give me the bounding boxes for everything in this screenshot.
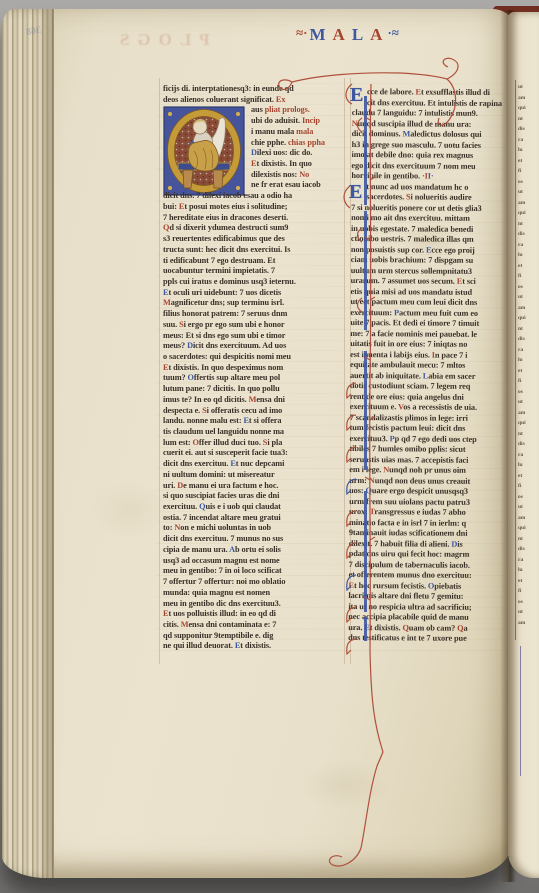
text-segment: t exsufflastis illud di [421,87,490,96]
edge-text-line: dis [518,334,538,345]
text-segment: uocabuntur termini impietatis. 7 [163,266,275,275]
edge-text-line: am [518,513,538,524]
text-segment: ubi do aduisit. [251,116,302,125]
text-segment: meus: Et si dns ego sum ubi e timor [163,331,285,340]
text-segment: tum fecistis pactum leui: dicit dns [350,423,466,433]
text-segment: exercituum e. [350,402,398,411]
edge-text-line: dis [518,544,538,555]
text-line: deos alienos coluerant significat. Ex [163,95,343,106]
text-line: uocabuntur termini impietatis. 7 [163,266,343,277]
text-segment: dns testificatus e int te 7 uxore pue [348,633,467,643]
text-segment: ensa dni contaminata e: 7 [188,620,276,629]
text-segment: rent de ore eius: quia angelus dni [350,391,464,401]
text-segment: dotis custodiunt sciam. 7 legem req [350,381,470,391]
edge-text-line: qui [518,418,538,429]
text-line: qd supponitur 9temptibile e. dig [163,631,343,642]
versal-initial-ecce: E [350,85,363,105]
running-title-letter: A [368,25,387,44]
text-segment: t dixistis. In quo despeximus nom [168,363,283,372]
text-line: Qd si dixerit ydumea destructi sum9 [163,223,343,234]
text-segment: tuum? [163,373,188,382]
text-segment: Ex [276,95,285,104]
text-segment: meu in gentibo dic dns exercituu3. [163,599,281,608]
edge-text-line: lu [518,355,538,366]
edge-text-line: os [518,282,538,293]
text-segment: equitate ambulauit mecu: 7 mltos [350,360,465,370]
text-segment: exercituum: [350,307,394,316]
text-segment: uitatis fuit in ore eius: 7 iniqtas no [350,339,467,349]
text-line: dicit dns exercituu. 7 munus no sus [163,534,343,545]
text-segment: citis. [163,620,181,629]
edge-text-line: lu [518,250,538,261]
text-segment: t dixistis. [370,623,403,632]
edge-text-line: ut [518,607,538,618]
text-line: meu in gentibo: 7 in oi loco scificat [163,566,343,577]
text-segment: t uos polluistis illud: in eo qd di [168,609,275,618]
text-segment: despecta e. [163,406,202,415]
ruling-vertical-line [344,78,345,664]
text-segment: deos alienos coluerant significat. [163,95,276,104]
text-segment: 7 hereditate eius in dracones deserti. [163,213,288,222]
text-segment: uare ergo despicit unusqsq3 [372,486,468,496]
text-line: ti edificabunt 7 ego destruam. Et [163,256,343,267]
text-segment: No [299,170,309,179]
text-segment: exercituu3. [350,433,390,442]
manuscript-photo: PLOGS 368 ≈·MALA·≈ ficijs di. int [0,0,539,893]
text-line: Et uos polluistis illud: in eo qd di [163,609,343,620]
text-segment: urarum. 7 assumet uos secum. [351,276,457,286]
text-segment: ilexi uos: dic do. [257,148,312,157]
text-segment: 7 offertur 7 offertur: noi mo oblatio [163,577,285,586]
text-segment: M [163,298,171,307]
text-segment: ensa dni [256,395,284,404]
edge-text-line: et [518,366,538,377]
text-line: aus pliat prologs. [163,105,343,116]
text-segment: ti edificabunt 7 ego destruam. Et [163,256,275,265]
text-line: meus? Dicit dns exercituum. Ad uos [163,341,343,352]
text-segment: et offerentem munus dno exercituu: [349,570,472,580]
text-segment: o sacerdotes: qui despicitis nomi meu [163,352,291,361]
text-segment: i offeratis cecu ad imo [207,406,283,415]
running-title-mala: ≈·MALA·≈ [296,25,399,45]
text-segment: cuerit ei. aut si susceperit facie tua3: [163,448,288,457]
text-segment: ne qui illud deuorat. [163,641,235,650]
text-line: lutum pane: 7 dicitis. In quo pollu [163,384,343,395]
text-segment: dicit dns. 7 dilexi iacob esau a odio ha [163,191,292,200]
text-segment: cipia de manu ura. [163,545,229,554]
text-segment: i manu mala [251,127,296,136]
text-segment: munda: quia magnu est nomen [163,588,270,597]
text-line: Et oculi uri uidebunt: 7 uos dicetis [163,288,343,299]
text-segment: n pace 7 i [435,350,467,359]
text-line: 7 hereditate eius in dracones deserti. [163,213,343,224]
text-segment: agnificetur dns; sup terminu isrl. [171,298,284,307]
text-segment: t posui motes eius i solitudine; [184,202,287,211]
text-segment: t dixistis. In quo [256,159,311,168]
text-segment: os a recessistis de uia. [403,402,477,412]
edge-text-line: ut [518,502,538,513]
edge-text-line: qui [518,523,538,534]
text-segment: dilexistis nos: [251,170,299,179]
text-segment: bui: [163,202,179,211]
next-page-purple-penwork [520,646,521,776]
edge-text-line: qui [518,313,538,324]
text-segment: sacerdotes. [366,192,406,201]
text-segment: est inuenta i labijs eius. [350,349,432,359]
text-line: despecta e. Si offeratis cecu ad imo [163,406,343,417]
text-segment: t nunc ad uos mandatum hc o [366,182,468,192]
text-segment: 9taminauit iudas scificationem dni [349,528,468,538]
edge-text-line: et [518,261,538,272]
text-line: tructa sunt: hec dicit dns exercitui. Is [163,245,343,256]
text-line: cuerit ei. aut si susceperit facie tua3: [163,448,343,459]
text-segment: M [402,129,410,138]
text-segment: 7 scandalizastis plimos in lege: irri [350,412,468,422]
text-segment: pliat prologs. [265,105,310,114]
text-segment: dicit dominus. [352,129,403,138]
text-column-left: ficijs di. interptationesq3: in eunde qd… [163,84,343,652]
text-segment: ciam uobis brachium: 7 dispgam su [351,255,473,265]
text-segment: minatio facta e in isrl 7 in ierlm: q [349,517,466,527]
text-line: Et dixistis. In quo [163,159,343,170]
text-segment: p qd 7 ego dedi uos ctep [395,434,477,444]
text-line: ni uultum domini: ut misereatur [163,470,343,481]
text-line: dicit dns. 7 dilexi iacob esau a odio ha [163,191,343,202]
text-segment: mala [296,127,313,136]
text-line: ubi do aduisit. Incip [163,116,343,127]
text-line: to: Non e michi uoluntas in uob [163,523,343,534]
text-segment: uultum urm stercus sollempnitatu3 [351,265,472,275]
text-segment: ffer illud duci tuo. [199,438,263,447]
text-segment: filius honorat patrem: 7 seruus dnm [163,309,287,318]
text-line: si quo suscipiat facies uras die dni [163,491,343,502]
text-segment: b ortu ei solis [235,545,281,554]
text-line: lum est: Offer illud duci tuo. Si pla [163,438,343,449]
text-segment: dilexit. 7 habuit filia di alieni. [349,538,452,548]
text-segment: tis claudum uel languidu nonne ma [163,427,284,436]
running-title-letter: L [350,25,368,44]
text-segment: landu. nonne malu est: [163,416,243,425]
text-line: meu in gentibo dic dns exercituu3. [163,599,343,610]
text-segment: I· [428,172,434,181]
text-line: suu. Si ergo pr ego sum ubi e honor [163,320,343,331]
edge-text-line: dis [518,229,538,240]
text-segment: unqd noh pr unus oim [389,465,466,475]
text-segment: to: [163,523,174,532]
text-segment: ut eet pactum meu cum leui dicit dns [350,297,477,307]
text-segment: ppls cui iratus e dominus usq3 ieternu. [163,277,296,286]
edge-text-line: nt [518,534,538,545]
text-segment: abia em sacer [428,371,475,380]
edge-text-line: am [518,618,538,629]
text-segment: cce de labore. [367,87,416,96]
text-line: Dilexi uos: dic do. [163,148,343,159]
text-segment: ransgressus e iudas 7 abho [374,507,465,517]
text-segment: t dixistis. [240,641,271,650]
text-segment: claudu 7 languidu: 7 intulistis mun9. [352,108,478,118]
edge-text-line: am [518,93,538,104]
edge-text-line: ra [518,555,538,566]
text-segment: is [457,539,462,548]
text-segment: tibiles 7 humles omibo pplis: sicut [349,444,465,454]
text-segment: uam ob cam? [409,623,457,632]
text-segment: on e michi uoluntas in uob [180,523,271,532]
edge-text-line: lu [518,565,538,576]
text-segment: urm frem suu uiolans pactu patru3 [349,496,470,506]
text-segment: d si dixerit ydumea destructi sum9 [169,223,288,232]
text-segment: ura. [348,622,364,631]
text-segment: uis e i uob qui claudat [205,502,280,511]
text-line: dicit dns exercituu. Et nuc depcami [163,459,343,470]
text-segment: ostia. 7 incendat altare meu gratui [163,513,281,522]
text-segment: non posuistis sup cor. [351,244,426,254]
text-column-right: cce de labore. Et exsufflastis illud dic… [348,87,513,645]
header-flourish-right: ·≈ [387,25,398,40]
text-segment: imolat debile dno: quia rex magnus [351,150,473,160]
text-segment: ita ut no respicia ultra ad sacrificiu; [348,601,471,611]
text-segment: unqd suscipia illud de manu ura: [358,119,472,129]
text-segment: horribile in gentibo. [351,171,422,180]
text-segment: qd supponitur 9temptibile e. dig [163,631,273,640]
text-line: tuum? Offertis sup altare meu pol [163,373,343,384]
running-title-letter: M [307,25,330,44]
text-segment: me: 7 a facie nominis mei pauebat. le [350,328,477,338]
text-line: Magnificetur dns; sup terminu isrl. [163,298,343,309]
text-segment: chias ppha [288,138,325,147]
edge-text-line: lu [518,460,538,471]
text-line: munda: quia magnu est nomen [163,588,343,599]
edge-text-line: fi [518,481,538,492]
text-segment: 7 si nolueritis ponere cor ut detis glia… [351,202,481,212]
text-segment: i nolueritis audire [411,192,472,201]
text-segment: unqd non deus unus creauit [375,476,471,486]
next-page-edge: utamquintdisraluetfiosutamquintdisraluet… [508,12,539,878]
text-line: exercituu. Quis e i uob qui claudat [163,502,343,513]
header-flourish-left: ≈· [296,25,307,40]
text-segment: uri. [163,481,177,490]
text-segment: h3 in grege suo masculu. 7 uotu facies [352,139,481,149]
edge-text-line: qui [518,103,538,114]
edge-text-line: ra [518,450,538,461]
text-segment: t oculi uri uidebunt: 7 uos dicetis [168,288,281,297]
text-segment: piebatis [434,581,461,590]
edge-text-line: fi [518,166,538,177]
versal-initial-chapter2: E [349,182,362,202]
text-segment: auertit ab iniquitate. [350,370,423,380]
text-segment: actum meu fuit cum eo [399,308,478,318]
text-segment: Incip [302,116,320,125]
edge-text-line: fi [518,586,538,597]
edge-text-line: ra [518,345,538,356]
text-segment: dicit dns exercituu. 7 munus no sus [163,534,283,543]
text-line: dilexistis nos: No [163,170,343,181]
text-segment: cce ego proij [431,245,474,254]
text-line: citis. Mensa dni contaminata e: 7 [163,620,343,631]
edge-text-line: am [518,198,538,209]
next-page-red-rule [515,80,516,640]
text-line: dns testificatus e int te 7 uxore pue [348,633,509,645]
text-line: ne fr erat esau iacob [163,180,343,191]
edge-text-line: ut [518,397,538,408]
text-segment: t hoc rursum fecistis. [354,581,428,591]
text-segment: ficijs di. interptationesq3: in eunde qd [163,84,294,93]
text-segment: s3 reuertentes edificabimus que des [163,234,285,243]
text-segment: usq3 ad occasum magnu est nome [163,556,280,565]
text-segment: lum est: [163,438,193,447]
text-segment: lutum pane: 7 dicitis. In quo pollu [163,384,280,393]
edge-text-line: dis [518,439,538,450]
text-line: uri. De manu ei ura factum e hoc. [163,481,343,492]
text-line: cipia de manu ura. Ab ortu ei solis [163,545,343,556]
text-segment: urox: [349,507,370,516]
text-segment: t si offera [249,416,282,425]
text-segment: e manu ei ura factum e hoc. [183,481,278,490]
text-segment: urm: [349,475,369,484]
text-segment: si quo suscipiat facies uras die dni [163,491,279,500]
text-line: bui: Et posui motes eius i solitudine; [163,202,343,213]
text-line: Et dixistis. In quo despeximus nom [163,363,343,374]
text-segment: a [464,623,468,632]
text-line: ne qui illud deuorat. Et dixistis. [163,641,343,652]
text-segment: uos: [349,486,365,495]
ruling-vertical-line [159,78,160,664]
edge-text-line: nt [518,429,538,440]
edge-text-line: ut [518,292,538,303]
text-segment: t sci [462,277,476,286]
text-segment: em i lege. [349,465,383,474]
text-segment: aus [251,105,265,114]
edge-text-line: os [518,597,538,608]
text-segment: ctionibo uestris. 7 maledica illas qm [351,234,474,244]
edge-text-line: fi [518,271,538,282]
text-segment: meu in gentibo: 7 in oi loco scificat [163,566,282,575]
edge-text-line: os [518,387,538,398]
running-title-letter: A [331,25,350,44]
text-segment: etis quia misi ad uos mandatu istud [351,286,473,296]
text-segment: chie pphe. [251,138,288,147]
text-segment: ego dicit dns exercituum 7 nom meu [351,160,475,170]
text-segment: ffertis sup altare meu pol [194,373,280,382]
text-segment: ni uultum domini: ut misereatur [163,470,275,479]
text-segment: pdat dns uiru qui fecit hoc: magrm [349,549,470,559]
next-page-text-sliver: utamquintdisraluetfiosutamquintdisraluet… [518,82,538,628]
edge-text-line: ut [518,82,538,93]
text-line: tis claudum uel languidu nonne ma [163,427,343,438]
text-segment: suu. [163,320,179,329]
edge-text-line: lu [518,145,538,156]
text-line: ostia. 7 incendat altare meu gratui [163,513,343,524]
edge-text-line: nt [518,114,538,125]
edge-text-line: fi [518,376,538,387]
text-line: ppls cui iratus e dominus usq3 ieternu. [163,277,343,288]
text-segment: aledictus dolosus qui [410,129,481,138]
text-segment: t nuc depcami [236,459,284,468]
text-segment: lacrimis altare dni fletu 7 gemitu: [348,591,463,601]
edge-text-line: ut [518,187,538,198]
text-line: chie pphe. chias ppha [163,138,343,149]
text-segment: dicit dns exercituu. [163,459,230,468]
edge-text-line: nt [518,324,538,335]
edge-text-line: am [518,408,538,419]
text-segment: cit dns exercituu. Et intulistis de rapi… [367,98,502,108]
edge-text-line: et [518,156,538,167]
text-line: i manu mala mala [163,127,343,138]
text-segment: in uobis egestate. 7 maledica benedi [351,223,473,233]
text-segment: seruastis uias mas. 7 accepistis faci [349,454,468,464]
edge-text-line: ra [518,135,538,146]
text-segment: i pla [267,438,282,447]
text-line: meus: Et si dns ego sum ubi e timor [163,331,343,342]
text-segment: tructa sunt: hec dicit dns exercitui. Is [163,245,290,254]
text-segment: imus te? In eo qd dicitis. [163,395,249,404]
edge-text-line: qui [518,208,538,219]
text-line: o sacerdotes: qui despicitis nomi meu [163,352,343,363]
edge-text-line: os [518,177,538,188]
text-line: s3 reuertentes edificabimus que des [163,234,343,245]
text-segment: nomi mo ait dns exercituu. mittam [351,213,470,223]
text-line: landu. nonne malu est: Et si offera [163,416,343,427]
text-segment: nec accipia placabile quid de manu [348,612,468,622]
text-line: 7 offertur 7 offertur: noi mo oblatio [163,577,343,588]
text-segment: i ergo pr ego sum ubi e honor [184,320,285,329]
text-segment: ne fr erat esau iacob [251,180,321,189]
show-through-ghost-title: PLOGS [112,30,210,50]
edge-text-line: et [518,471,538,482]
text-segment: meus? [163,341,187,350]
text-line: filius honorat patrem: 7 seruus dnm [163,309,343,320]
text-segment: icit dns exercituum. Ad uos [193,341,286,350]
edge-text-line: et [518,576,538,587]
text-segment: exercituu. [163,502,199,511]
edge-text-line: dis [518,124,538,135]
edge-text-line: nt [518,219,538,230]
text-line: usq3 ad occasum magnu est nome [163,556,343,567]
edge-text-line: ra [518,240,538,251]
text-segment: 7 discipulum de tabernaculis iacob. [349,559,470,569]
text-segment: uite 7 pacis. Et dedi ei timore 7 timuit [350,318,479,328]
text-line: ficijs di. interptationesq3: in eunde qd [163,84,343,95]
edge-text-line: os [518,492,538,503]
edge-text-line: am [518,303,538,314]
stacked-page-edges [2,9,54,878]
text-line: imus te? In eo qd dicitis. Mensa dni [163,395,343,406]
